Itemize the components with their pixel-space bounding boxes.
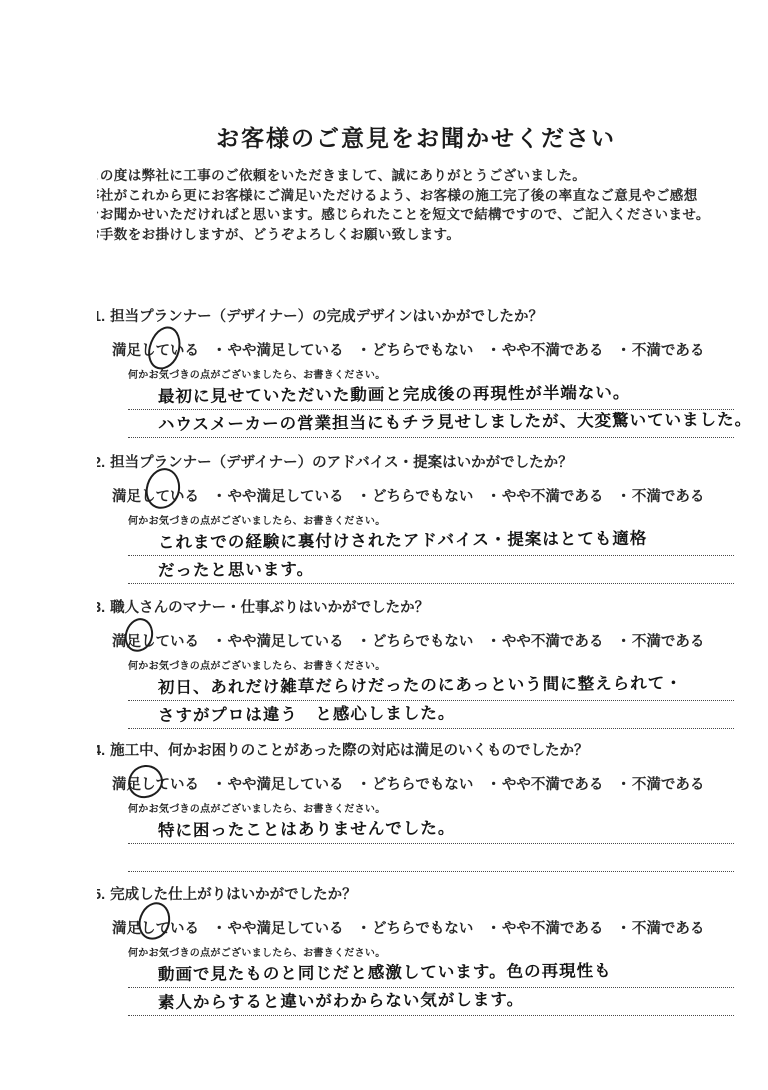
question-block-2: 2.担当プランナー（デザイナー）のアドバイス・提案はいかがでしたか？ 満足してい… xyxy=(97,454,768,584)
rating-option-satisfied: 満足している xyxy=(112,633,199,652)
question-title: 2.担当プランナー（デザイナー）のアドバイス・提案はいかがでしたか？ xyxy=(97,454,768,473)
option-separator-dot: ・ xyxy=(212,342,227,361)
rating-options: 満足している ・やや満足している ・どちらでもない ・やや不満である ・不満であ… xyxy=(97,776,768,795)
question-text: 施工中、何かお困りのことがあった際の対応は満足のいくものでしたか？ xyxy=(110,743,588,759)
intro-line-text: この度は弊社に工事のご依頼をいただきまして、誠にありがとうございました。 xyxy=(97,166,586,186)
rating-option-somewhat-dissatisfied: やや不満である xyxy=(502,633,604,652)
rating-option-dissatisfied: 不満である xyxy=(632,633,705,652)
option-separator-dot: ・ xyxy=(357,920,372,939)
answer-line: ハウスメーカーの営業担当にもチラ見せしましたが、大変驚いていました。 xyxy=(128,410,734,438)
option-separator-dot: ・ xyxy=(357,342,372,361)
rating-option-somewhat-dissatisfied: やや不満である xyxy=(502,776,604,795)
question-text: 担当プランナー（デザイナー）の完成デザインはいかがでしたか？ xyxy=(110,309,543,325)
handwritten-answer: さすがプロは違う と感心しました。 xyxy=(158,701,456,728)
question-number: 3. xyxy=(97,600,105,616)
option-separator-dot: ・ xyxy=(212,920,227,939)
question-text: 担当プランナー（デザイナー）のアドバイス・提案はいかがでしたか？ xyxy=(110,455,573,471)
page-title: お客様のご意見をお聞かせください xyxy=(97,120,735,153)
comment-prompt: 何かお気づきの点がございましたら、お書きください。 xyxy=(128,516,768,528)
scanned-survey-page: お客様のご意見をお聞かせください この度は弊社に工事のご依頼をいただきまして、誠… xyxy=(0,0,768,1090)
option-separator-dot: ・ xyxy=(616,342,631,361)
question-title: 5.完成した仕上がりはいかがでしたか？ xyxy=(97,886,768,905)
answer-line xyxy=(128,844,734,872)
question-number: 4. xyxy=(97,743,105,759)
rating-option-somewhat-satisfied: やや満足している xyxy=(228,488,344,507)
option-separator-dot: ・ xyxy=(212,776,227,795)
rating-option-somewhat-satisfied: やや満足している xyxy=(228,633,344,652)
answer-line: 素人からすると違いがわからない気がします。 xyxy=(128,988,734,1016)
comment-prompt: 何かお気づきの点がございましたら、お書きください。 xyxy=(128,804,768,816)
rating-option-somewhat-satisfied: やや満足している xyxy=(228,920,344,939)
question-block-3: 3.職人さんのマナー・仕事ぶりはいかがでしたか？ 満足している ・やや満足してい… xyxy=(97,599,768,729)
answer-line: さすがプロは違う と感心しました。 xyxy=(128,701,734,729)
handwritten-answer: 動画で見たものと同じだと感激しています。色の再現性も xyxy=(158,959,612,987)
question-text: 職人さんのマナー・仕事ぶりはいかがでしたか？ xyxy=(110,600,429,616)
handwritten-answer: ハウスメーカーの営業担当にもチラ見せしましたが、大変驚いていました。 xyxy=(158,408,752,437)
option-separator-dot: ・ xyxy=(616,920,631,939)
option-separator-dot: ・ xyxy=(212,633,227,652)
rating-options: 満足している ・やや満足している ・どちらでもない ・やや不満である ・不満であ… xyxy=(97,920,768,939)
rating-option-somewhat-satisfied: やや満足している xyxy=(228,776,344,795)
handwritten-answer: だったと思います。 xyxy=(158,558,314,583)
comment-prompt: 何かお気づきの点がございましたら、お書きください。 xyxy=(128,370,768,382)
rating-option-dissatisfied: 不満である xyxy=(632,342,705,361)
option-separator-dot: ・ xyxy=(616,776,631,795)
rating-option-satisfied: 満足している xyxy=(112,488,199,507)
handwritten-answer: これまでの経験に裏付けされたアドバイス・提案はとても適格 xyxy=(158,527,648,555)
rating-option-neutral: どちらでもない xyxy=(372,920,473,939)
question-number: 2. xyxy=(97,455,105,471)
option-separator-dot: ・ xyxy=(486,342,501,361)
rating-option-satisfied: 満足している xyxy=(112,920,199,939)
rating-option-satisfied: 満足している xyxy=(112,776,199,795)
question-title: 1.担当プランナー（デザイナー）の完成デザインはいかがでしたか？ xyxy=(97,308,768,327)
intro-line: をお聞かせいただければと思います。感じられたことを短文で結構ですので、ご記入くだ… xyxy=(97,205,768,225)
question-text: 完成した仕上がりはいかがでしたか？ xyxy=(110,887,357,903)
comment-prompt: 何かお気づきの点がございましたら、お書きください。 xyxy=(128,948,768,960)
answer-line: だったと思います。 xyxy=(128,556,734,584)
answer-line: 特に困ったことはありませんでした。 xyxy=(128,816,734,844)
question-number: 1. xyxy=(97,309,105,325)
option-separator-dot: ・ xyxy=(486,633,501,652)
intro-line-text: をお聞かせいただければと思います。感じられたことを短文で結構ですので、ご記入くだ… xyxy=(97,205,710,225)
option-separator-dot: ・ xyxy=(486,776,501,795)
intro-line: 弊社がこれから更にお客様にご満足いただけるよう、お客様の施工完了後の率直なご意見… xyxy=(97,186,768,206)
question-block-1: 1.担当プランナー（デザイナー）の完成デザインはいかがでしたか？ 満足している … xyxy=(97,308,768,438)
answer-line: 最初に見せていただいた動画と完成後の再現性が半端ない。 xyxy=(128,382,734,410)
answer-line: これまでの経験に裏付けされたアドバイス・提案はとても適格 xyxy=(128,528,734,556)
option-separator-dot: ・ xyxy=(486,488,501,507)
option-separator-dot: ・ xyxy=(357,633,372,652)
rating-option-neutral: どちらでもない xyxy=(372,633,473,652)
rating-option-dissatisfied: 不満である xyxy=(632,488,705,507)
intro-line: お手数をお掛けしますが、どうぞよろしくお願い致します。 xyxy=(97,225,768,245)
intro-line: この度は弊社に工事のご依頼をいただきまして、誠にありがとうございました。 xyxy=(97,166,768,186)
rating-option-somewhat-dissatisfied: やや不満である xyxy=(502,342,604,361)
handwritten-answer: 特に困ったことはありませんでした。 xyxy=(158,816,456,843)
rating-option-neutral: どちらでもない xyxy=(372,342,473,361)
handwritten-answer: 最初に見せていただいた動画と完成後の再現性が半端ない。 xyxy=(158,381,631,409)
question-number: 5. xyxy=(97,887,105,903)
rating-option-neutral: どちらでもない xyxy=(372,776,473,795)
option-separator-dot: ・ xyxy=(616,633,631,652)
option-separator-dot: ・ xyxy=(357,776,372,795)
answer-line: 初日、あれだけ雑草だらけだったのにあっという間に整えられて・ xyxy=(128,673,734,701)
option-separator-dot: ・ xyxy=(616,488,631,507)
rating-option-dissatisfied: 不満である xyxy=(632,920,705,939)
rating-options: 満足している ・やや満足している ・どちらでもない ・やや不満である ・不満であ… xyxy=(97,488,768,507)
intro-line-text: 弊社がこれから更にお客様にご満足いただけるよう、お客様の施工完了後の率直なご意見… xyxy=(97,186,698,206)
answer-line: 動画で見たものと同じだと感激しています。色の再現性も xyxy=(128,960,734,988)
rating-option-somewhat-dissatisfied: やや不満である xyxy=(502,488,604,507)
rating-option-dissatisfied: 不満である xyxy=(632,776,705,795)
rating-option-neutral: どちらでもない xyxy=(372,488,473,507)
rating-option-somewhat-satisfied: やや満足している xyxy=(228,342,344,361)
option-separator-dot: ・ xyxy=(486,920,501,939)
option-separator-dot: ・ xyxy=(357,488,372,507)
handwritten-answer: 初日、あれだけ雑草だらけだったのにあっという間に整えられて・ xyxy=(158,671,683,700)
rating-option-satisfied: 満足している xyxy=(112,342,199,361)
intro-line-text: お手数をお掛けしますが、どうぞよろしくお願い致します。 xyxy=(97,225,460,245)
question-title: 4.施工中、何かお困りのことがあった際の対応は満足のいくものでしたか？ xyxy=(97,742,768,761)
question-block-5: 5.完成した仕上がりはいかがでしたか？ 満足している ・やや満足している ・どち… xyxy=(97,886,768,1016)
rating-options: 満足している ・やや満足している ・どちらでもない ・やや不満である ・不満であ… xyxy=(97,633,768,652)
option-separator-dot: ・ xyxy=(212,488,227,507)
rating-option-somewhat-dissatisfied: やや不満である xyxy=(502,920,604,939)
rating-options: 満足している ・やや満足している ・どちらでもない ・やや不満である ・不満であ… xyxy=(97,342,768,361)
handwritten-answer: 素人からすると違いがわからない気がします。 xyxy=(158,988,524,1015)
question-block-4: 4.施工中、何かお困りのことがあった際の対応は満足のいくものでしたか？ 満足して… xyxy=(97,742,768,872)
intro-paragraph: この度は弊社に工事のご依頼をいただきまして、誠にありがとうございました。 弊社が… xyxy=(97,166,768,244)
question-title: 3.職人さんのマナー・仕事ぶりはいかがでしたか？ xyxy=(97,599,768,618)
